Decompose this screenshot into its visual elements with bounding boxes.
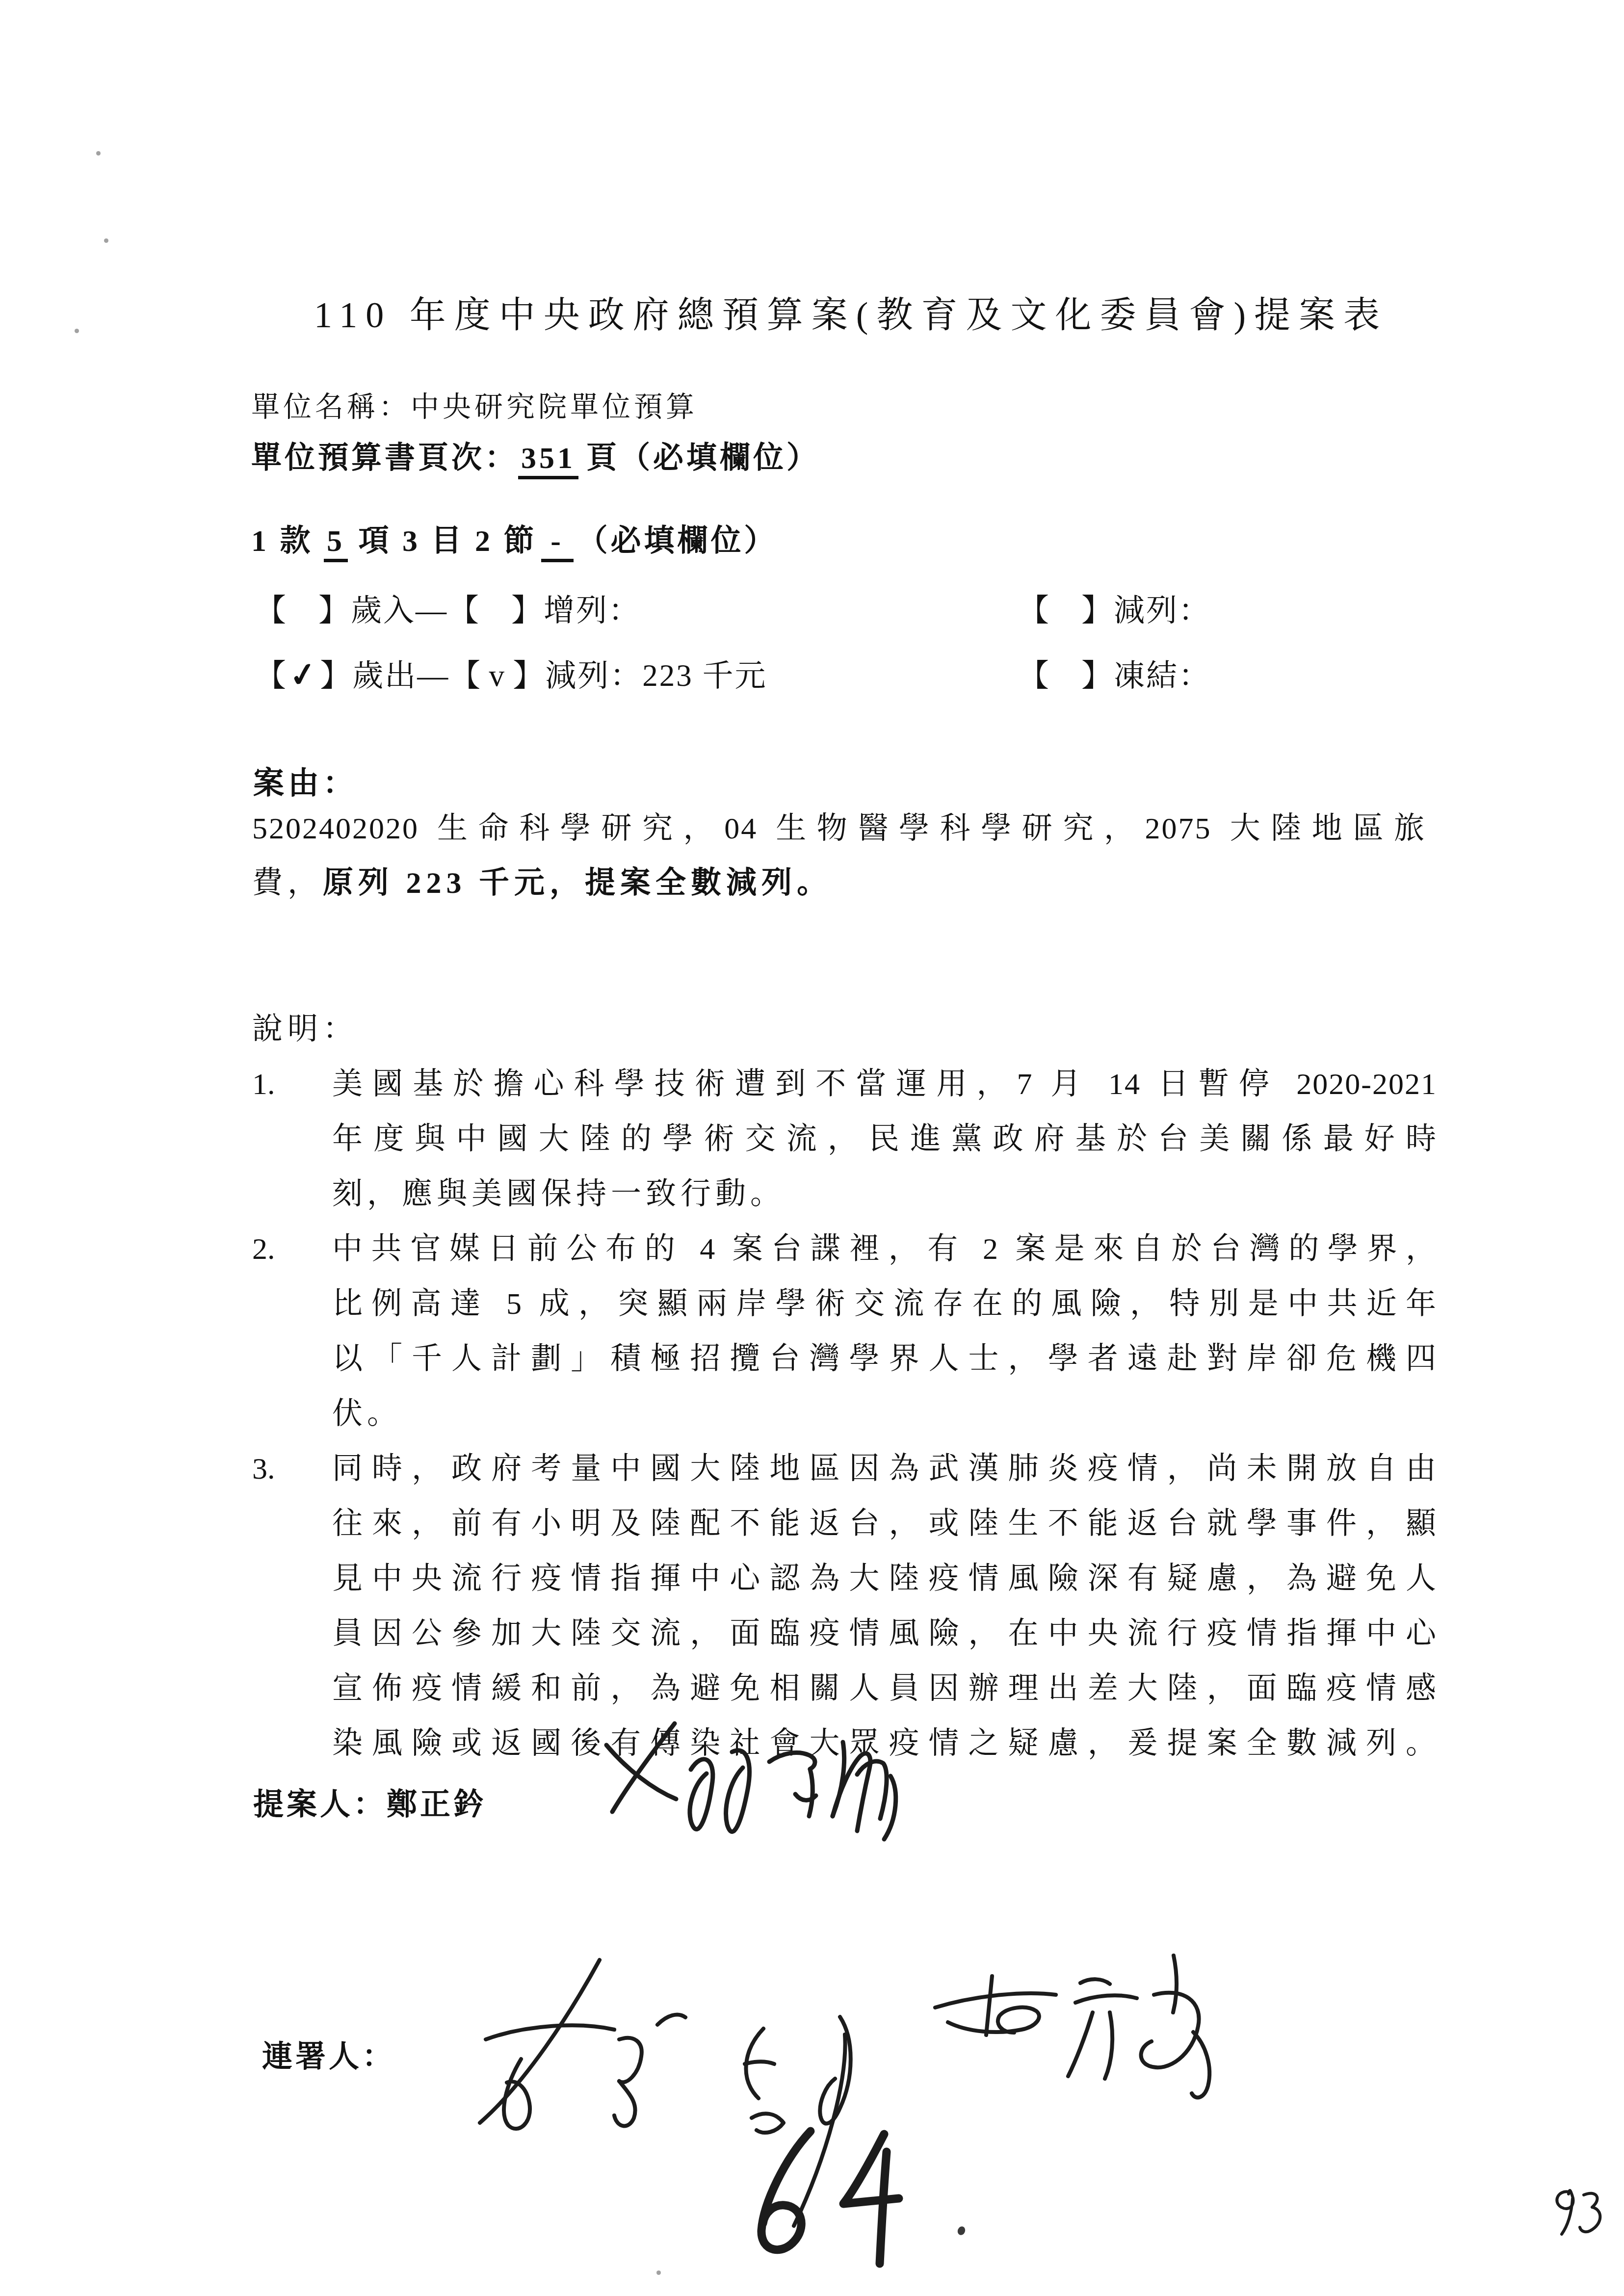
scan-speck [104, 238, 108, 243]
checkbox-revenue: 【】 [255, 593, 351, 627]
page-ref-suffix: 頁（必填欄位） [586, 442, 820, 475]
bracket-close: 】 [1081, 658, 1114, 693]
case-line-regular: 費， [252, 866, 323, 900]
cosigner-signature-1 [451, 1955, 697, 2151]
bracket-close: 】 [1081, 593, 1114, 627]
clause-seg: 項 3 目 2 節 [348, 524, 537, 558]
bracket-open: 【 [255, 658, 288, 693]
expenditure-row: 【✓】歲出—【v】減列：223 千元 【】凍結： [255, 651, 1531, 695]
bracket-open: 【 [448, 593, 480, 627]
unit-name-label: 單位名稱： [251, 391, 411, 423]
proposer-name: 鄭正鈐 [387, 1788, 487, 1822]
cut-amount: 223 千元 [642, 658, 767, 693]
bracket-open: 【 [255, 593, 288, 627]
explanation-line: 見中央流行疫情指揮中心認為大陸疫情風險深有疑慮，為避免人 [332, 1551, 1437, 1606]
explanation-heading: 說明： [252, 1002, 1437, 1057]
explanation-line: 同時，政府考量中國大陸地區因為武漢肺炎疫情，尚未開放自由 [332, 1441, 1437, 1496]
cosigner-label: 連署人： [262, 2032, 395, 2076]
explanation-line: 年度與中國大陸的學術交流，民進黨政府基於台美關係最好時 [332, 1112, 1437, 1167]
reduce-label: 減列： [1114, 593, 1211, 627]
page-ref-line: 單位預算書頁次：351頁（必填欄位） [251, 433, 820, 477]
bracket-open: 【 [449, 658, 482, 693]
explanation-line: 美國基於擔心科學技術遭到不當運用，7 月 14 日暫停 2020-2021 [332, 1057, 1437, 1112]
page-ref-label: 單位預算書頁次： [251, 442, 518, 475]
unit-name-value: 中央研究院單位預算 [411, 391, 698, 423]
bracket-close: 】 [513, 658, 545, 693]
expenditure-check-mark: ✓ [285, 654, 322, 696]
clause-seg: 1 款 [251, 524, 324, 558]
clause-item-number: 5 [324, 524, 348, 562]
scan-speck [75, 329, 79, 333]
cut-label: 減列： [545, 658, 642, 693]
bracket-close: 】 [318, 593, 351, 627]
revenue-label: 歲入— [351, 593, 448, 627]
clause-blank: - [541, 524, 574, 562]
reduce-column: 【】減列： [1018, 585, 1211, 630]
revenue-row: 【】歲入—【】增列： 【】減列： [255, 585, 1531, 630]
explanation-line: 員因公參加大陸交流，面臨疫情風險，在中央流行疫情指揮中心 [332, 1606, 1437, 1661]
proposer-line: 提案人：鄭正鈐 [253, 1780, 487, 1824]
case-line: 費，原列 223 千元，提案全數減列。 [252, 856, 1426, 911]
explanation-item-2: 2. 中共官媒日前公布的 4 案台諜裡，有 2 案是來自於台灣的學界， 比例高達… [252, 1222, 1437, 1441]
freeze-column: 【】凍結： [1018, 651, 1211, 695]
item-number: 2. [252, 1222, 275, 1277]
expenditure-label: 歲出— [352, 658, 449, 693]
explanation-line: 中共官媒日前公布的 4 案台諜裡，有 2 案是來自於台灣的學界， [332, 1222, 1437, 1277]
item-number: 3. [252, 1441, 275, 1496]
scan-speck [96, 151, 101, 156]
explanation-line: 宣佈疫情緩和前，為避免相關人員因辦理出差大陸，面臨疫情感 [332, 1661, 1437, 1716]
ink-dot [956, 2225, 966, 2236]
page-number-93 [1546, 2183, 1615, 2242]
explanation-line: 往來，前有小明及陸配不能返台，或陸生不能返台就學事件，顯 [332, 1496, 1437, 1551]
proposer-signature [574, 1715, 917, 1867]
case-heading: 案由： [253, 758, 358, 803]
checkbox-increase: 【】 [448, 593, 544, 627]
cut-check-mark: v [482, 658, 513, 694]
scan-speck [656, 2270, 661, 2275]
bracket-open: 【 [1018, 658, 1050, 693]
cosigner-signature-3 [917, 1948, 1227, 2114]
case-body: 5202402020 生命科學研究，04 生物醫學科學研究，2075 大陸地區旅… [252, 802, 1426, 911]
checkbox-cut: 【v】 [449, 658, 545, 693]
explanation-line: 比例高達 5 成，突顯兩岸學術交流存在的風險，特別是中共近年 [332, 1277, 1437, 1331]
unit-name-line: 單位名稱：中央研究院單位預算 [251, 384, 698, 425]
explanation-section: 說明： 1. 美國基於擔心科學技術遭到不當運用，7 月 14 日暫停 2020-… [252, 1002, 1437, 1771]
increase-label: 增列： [544, 593, 641, 627]
checkbox-expenditure: 【✓】 [255, 658, 352, 693]
explanation-line: 伏。 [332, 1386, 1437, 1441]
freeze-label: 凍結： [1114, 658, 1211, 693]
page-title: 110 年度中央政府總預算案(教育及文化委員會)提案表 [314, 286, 1388, 338]
clause-seg: （必填欄位） [577, 524, 778, 558]
proposer-label: 提案人： [253, 1788, 387, 1822]
case-line-bold: 原列 223 千元，提案全數減列。 [323, 866, 832, 900]
bracket-close: 】 [511, 593, 544, 627]
clause-line: 1 款 5 項 3 目 2 節-（必填欄位） [251, 516, 778, 562]
document-page: 110 年度中央政府總預算案(教育及文化委員會)提案表 單位名稱：中央研究院單位… [0, 0, 1624, 2296]
explanation-item-1: 1. 美國基於擔心科學技術遭到不當運用，7 月 14 日暫停 2020-2021… [252, 1057, 1437, 1222]
case-line: 5202402020 生命科學研究，04 生物醫學科學研究，2075 大陸地區旅 [252, 802, 1426, 856]
item-number: 1. [252, 1057, 275, 1112]
page-ref-number: 351 [518, 442, 578, 479]
explanation-line: 刻，應與美國保持一致行動。 [332, 1167, 1437, 1222]
bracket-close: 】 [320, 658, 352, 693]
explanation-line: 以「千人計劃」積極招攬台灣學界人士，學者遠赴對岸卻危機四 [332, 1331, 1437, 1386]
bracket-open: 【 [1018, 593, 1050, 627]
handwritten-number-64 [736, 2124, 947, 2276]
